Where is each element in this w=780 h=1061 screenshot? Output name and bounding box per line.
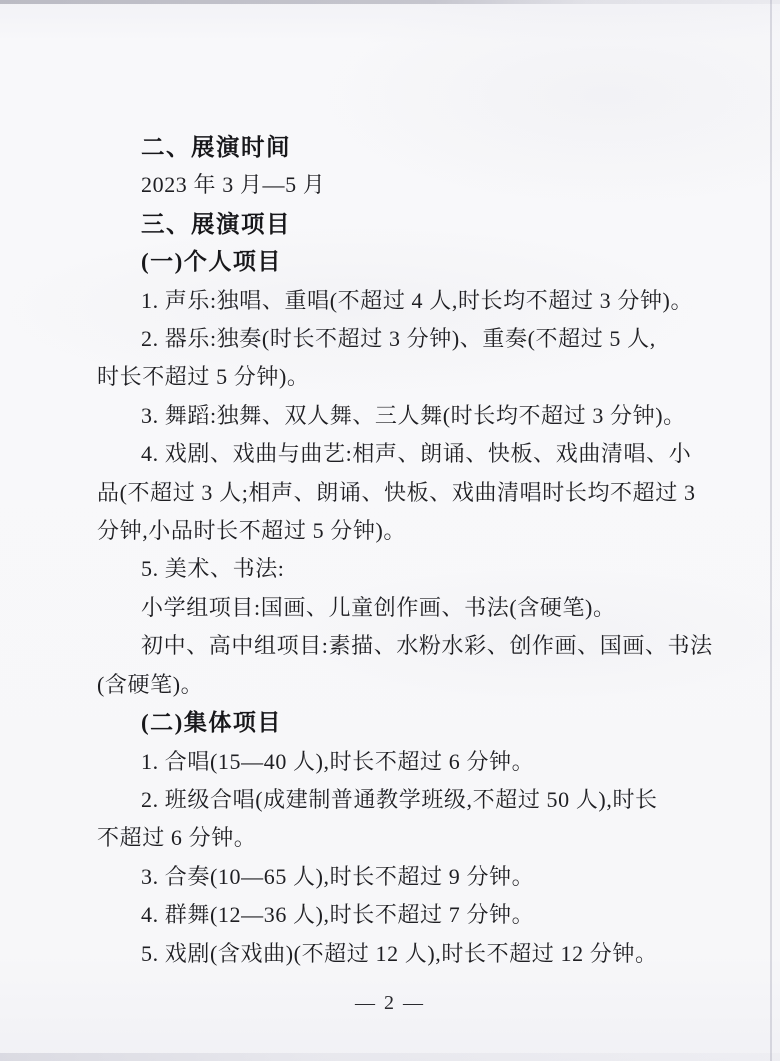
- page-number: — 2 —: [0, 992, 780, 1015]
- body-line: 1. 合唱(15—40 人),时长不超过 6 分钟。: [97, 743, 689, 781]
- body-line: 品(不超过 3 人;相声、朗诵、快板、戏曲清唱时长均不超过 3: [97, 474, 689, 512]
- scan-top-edge: [0, 0, 780, 4]
- document-body: 二、展演时间2023 年 3 月—5 月三、展演项目(一)个人项目1. 声乐:独…: [97, 128, 689, 973]
- scan-right-edge-line: [770, 0, 772, 1061]
- body-line: 5. 戏剧(含戏曲)(不超过 12 人),时长不超过 12 分钟。: [97, 935, 689, 973]
- section-heading: 三、展演项目: [97, 205, 689, 243]
- body-line: 不超过 6 分钟。: [97, 819, 689, 857]
- body-line: 4. 戏剧、戏曲与曲艺:相声、朗诵、快板、戏曲清唱、小: [97, 435, 689, 473]
- body-line: 分钟,小品时长不超过 5 分钟)。: [97, 512, 689, 550]
- body-line: 初中、高中组项目:素描、水粉水彩、创作画、国画、书法: [97, 627, 689, 665]
- body-line: 小学组项目:国画、儿童创作画、书法(含硬笔)。: [97, 589, 689, 627]
- body-line: 4. 群舞(12—36 人),时长不超过 7 分钟。: [97, 896, 689, 934]
- body-line: 1. 声乐:独唱、重唱(不超过 4 人,时长均不超过 3 分钟)。: [97, 282, 689, 320]
- body-line: 5. 美术、书法:: [97, 550, 689, 588]
- body-line: 时长不超过 5 分钟)。: [97, 358, 689, 396]
- section-heading: 二、展演时间: [97, 128, 689, 166]
- body-line: (含硬笔)。: [97, 666, 689, 704]
- body-line: 2. 器乐:独奏(时长不超过 3 分钟)、重奏(不超过 5 人,: [97, 320, 689, 358]
- subsection-heading: (二)集体项目: [97, 704, 689, 742]
- subsection-heading: (一)个人项目: [97, 243, 689, 281]
- scan-bottom-edge: [0, 1053, 780, 1061]
- body-line: 2. 班级合唱(成建制普通教学班级,不超过 50 人),时长: [97, 781, 689, 819]
- body-line: 3. 合奏(10—65 人),时长不超过 9 分钟。: [97, 858, 689, 896]
- scanned-document-page: 二、展演时间2023 年 3 月—5 月三、展演项目(一)个人项目1. 声乐:独…: [0, 0, 780, 1061]
- date-line: 2023 年 3 月—5 月: [97, 166, 689, 204]
- body-line: 3. 舞蹈:独舞、双人舞、三人舞(时长均不超过 3 分钟)。: [97, 397, 689, 435]
